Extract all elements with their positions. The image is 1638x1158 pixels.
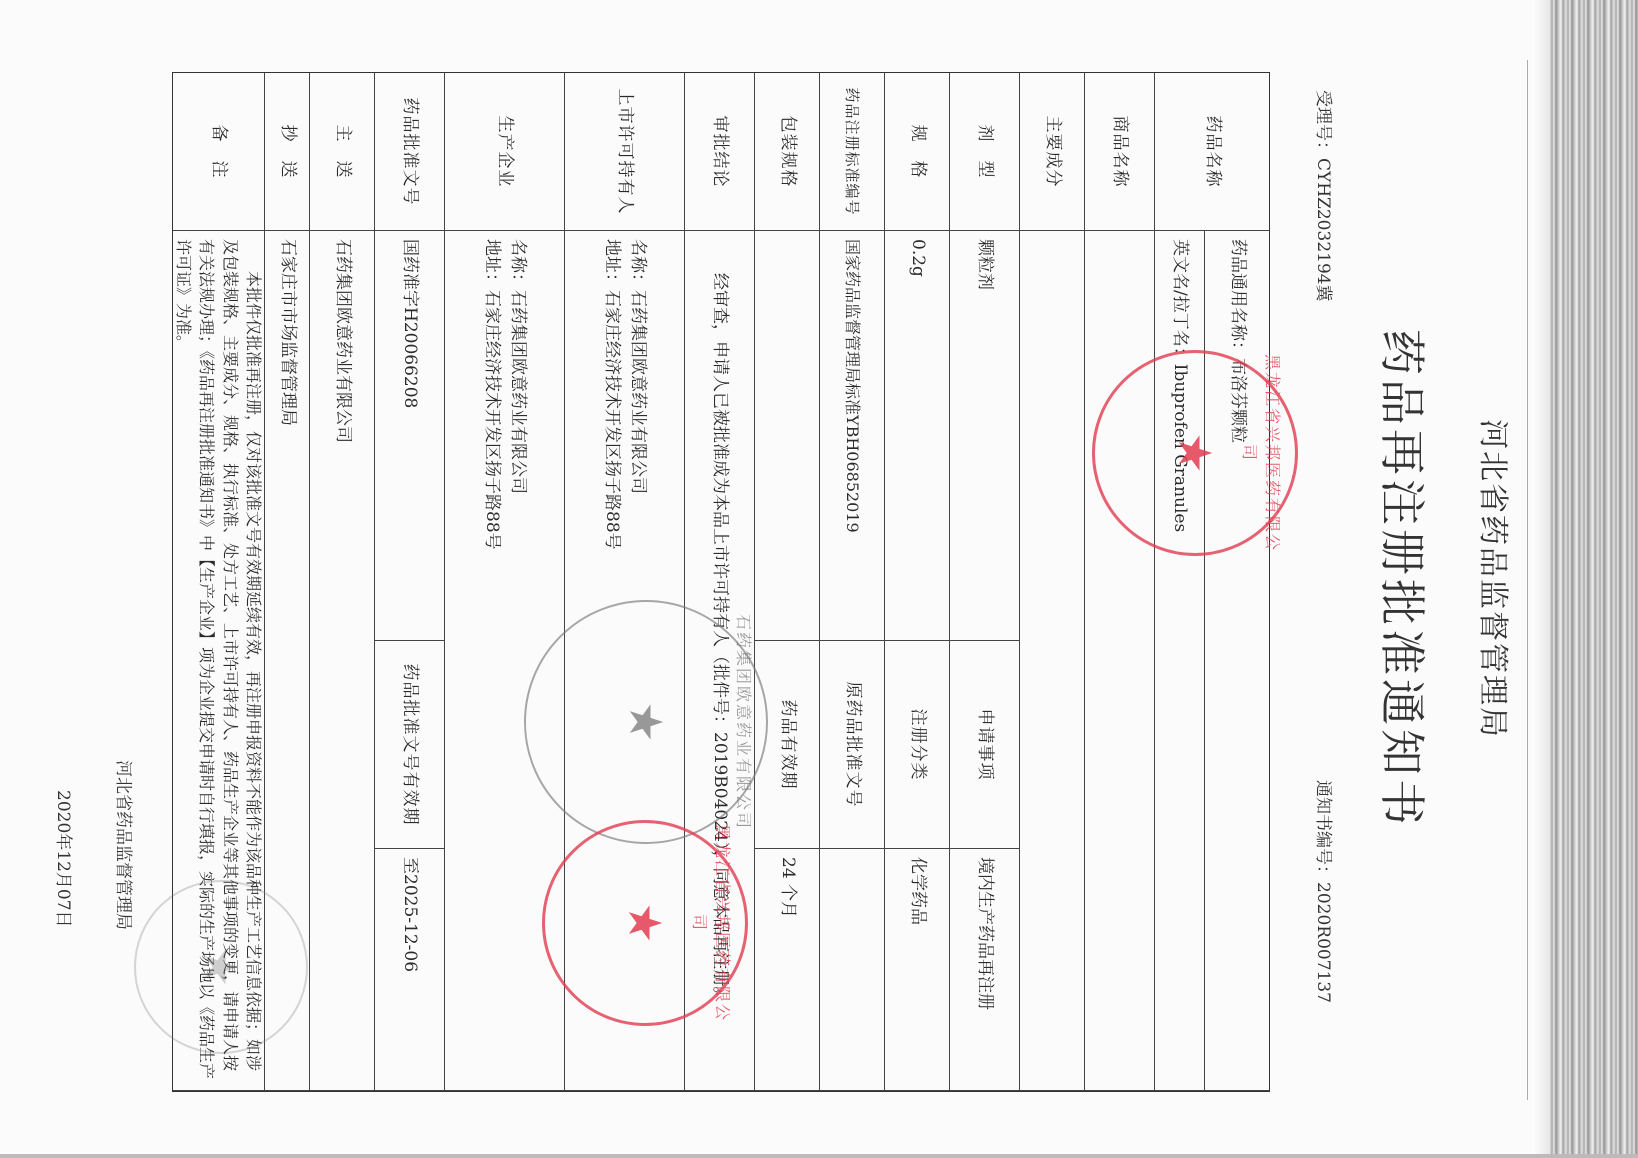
- generic-name: 药品通用名称：布洛芬颗粒: [1224, 239, 1250, 443]
- label-manufacturer: 生产企业: [444, 73, 564, 231]
- manufacturer-name-value: 石药集团欧意药业有限公司: [508, 290, 528, 494]
- manufacturer-address: 地址：石家庄经济技术开发区扬子路88号: [479, 239, 505, 550]
- label-cc: 抄 送: [264, 73, 309, 231]
- manufacturer-address-value: 石家庄经济技术开发区扬子路88号: [483, 290, 503, 550]
- manufacturer-name-label: 名称：: [508, 239, 528, 290]
- manufacturer-name: 名称：石药集团欧意药业有限公司: [505, 239, 531, 494]
- notice-number: 通知书编号：2020R007137: [1313, 780, 1338, 1003]
- label-dosage-form: 剂 型: [949, 73, 1019, 231]
- remarks-value: 本批件仅批准再注册，仅对该批准文号有效期延续有效，再注册申报资料不能作为该品种生…: [173, 231, 264, 1091]
- english-name: 英文名/拉丁名：Ibuprofen Granules: [1167, 239, 1193, 532]
- notice-number-value: 2020R007137: [1313, 882, 1333, 1003]
- generic-name-cell: 药品通用名称：布洛芬颗粒: [1204, 231, 1269, 1091]
- mah-address: 地址：石家庄经济技术开发区扬子路88号: [599, 239, 625, 550]
- mah-address-label: 地址：: [603, 239, 623, 290]
- shelf-life-value: 24 个月: [754, 849, 819, 1091]
- label-drug-name: 药品名称: [1154, 73, 1269, 231]
- label-remarks: 备 注: [173, 73, 264, 231]
- label-trade-name: 商品名称: [1084, 73, 1154, 231]
- mah-address-value: 石家庄经济技术开发区扬子路88号: [603, 290, 623, 550]
- english-name-label: 英文名/拉丁名：: [1170, 239, 1190, 364]
- label-approval-validity: 药品批准文号有效期: [374, 641, 444, 849]
- acceptance-number: 受理号：CYHZ2032194冀: [1313, 90, 1338, 302]
- label-marketing-authorization-holder: 上市许可持有人: [564, 73, 684, 231]
- original-approval-no-value: [819, 849, 884, 1091]
- approval-notice-page: 河北省药品监督管理局 药品再注册批准通知书 受理号：CYHZ2032194冀 通…: [0, 0, 1638, 1158]
- notice-number-label: 通知书编号：: [1313, 780, 1333, 882]
- label-conclusion: 审批结论: [684, 73, 754, 231]
- packaging-value: [754, 231, 819, 641]
- main-recipient-value: 石药集团欧意药业有限公司: [309, 231, 374, 1091]
- label-registration-category: 注册分类: [884, 641, 949, 849]
- approval-table: 药品名称 药品通用名称：布洛芬颗粒 英文名/拉丁名：Ibuprofen Gran…: [172, 72, 1270, 1092]
- application-item-value: 境内生产药品再注册: [949, 849, 1019, 1091]
- issuing-agency: 河北省药品监督管理局: [1474, 0, 1518, 1158]
- manufacturer-value: 名称：石药集团欧意药业有限公司 地址：石家庄经济技术开发区扬子路88号: [444, 231, 564, 1091]
- approval-number-value: 国药准字H20066208: [374, 231, 444, 641]
- manufacturer-address-label: 地址：: [483, 239, 503, 290]
- document-title: 药品再注册批准通知书: [1372, 0, 1438, 1158]
- mah-name-value: 石药集团欧意药业有限公司: [628, 290, 648, 494]
- acceptance-number-value: CYHZ2032194冀: [1313, 158, 1333, 302]
- issuer-signature: 河北省药品监督管理局: [113, 760, 138, 930]
- dosage-form-value: 颗粒剂: [949, 231, 1019, 641]
- label-main-recipient: 主 送: [309, 73, 374, 231]
- english-name-cell: 英文名/拉丁名：Ibuprofen Granules: [1154, 231, 1204, 1091]
- label-packaging: 包装规格: [754, 73, 819, 231]
- english-name-value: Ibuprofen Granules: [1170, 364, 1190, 532]
- label-shelf-life: 药品有效期: [754, 641, 819, 849]
- registration-category-value: 化学药品: [884, 849, 949, 1091]
- label-main-ingredient: 主要成分: [1019, 73, 1084, 231]
- label-specification: 规 格: [884, 73, 949, 231]
- mah-name: 名称：石药集团欧意药业有限公司: [625, 239, 651, 494]
- main-ingredient-value: [1019, 231, 1084, 1091]
- mah-value: 名称：石药集团欧意药业有限公司 地址：石家庄经济技术开发区扬子路88号: [564, 231, 684, 1091]
- label-original-approval-no: 原药品批准文号: [819, 641, 884, 849]
- issue-date: 2020年12月07日: [53, 790, 78, 928]
- label-registration-standard: 药品注册标准编号: [819, 73, 884, 231]
- header-rule: [1527, 60, 1528, 1100]
- label-approval-number: 药品批准文号: [374, 73, 444, 231]
- label-application-item: 申请事项: [949, 641, 1019, 849]
- mah-name-label: 名称：: [628, 239, 648, 290]
- generic-name-label: 药品通用名称：: [1228, 239, 1248, 358]
- acceptance-number-label: 受理号：: [1313, 90, 1333, 158]
- conclusion-value: 经审查，申请人已被批准成为本品上市许可持有人（批件号：2019B04024），同…: [684, 231, 754, 1091]
- trade-name-value: [1084, 231, 1154, 1091]
- cc-value: 石家庄市市场监督管理局: [264, 231, 309, 1091]
- approval-validity-value: 至2025-12-06: [374, 849, 444, 1091]
- generic-name-value: 布洛芬颗粒: [1228, 358, 1248, 443]
- registration-standard-value: 国家药品监督管理局标准YBH06852019: [819, 231, 884, 641]
- specification-value: 0.2g: [884, 231, 949, 641]
